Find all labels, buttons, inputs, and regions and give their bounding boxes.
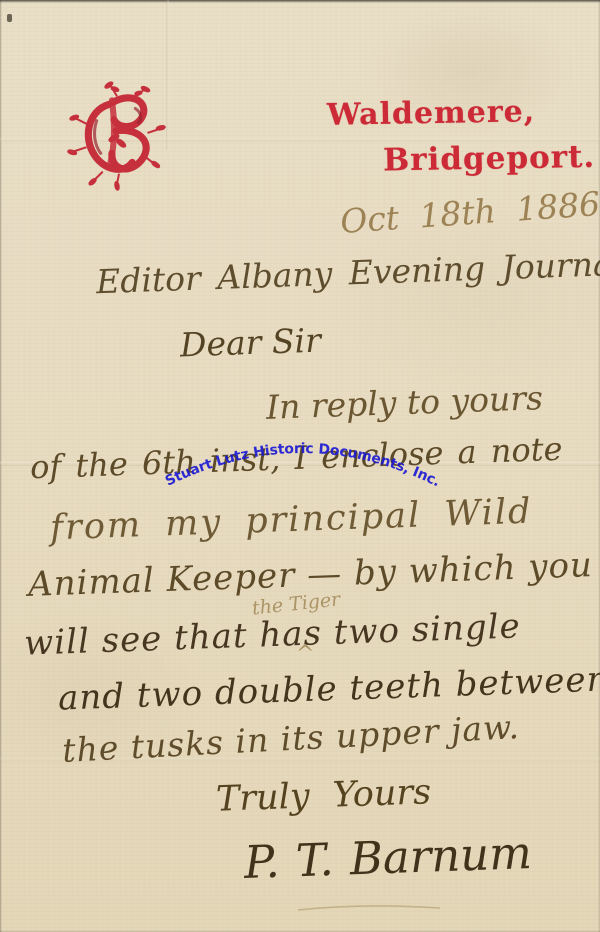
svg-text:Stuart Lutz Historic Documents: Stuart Lutz Historic Documents, Inc. <box>163 441 443 490</box>
signature: P. T. Barnum <box>243 827 532 889</box>
watermark-text: Stuart Lutz Historic Documents, Inc. <box>163 441 443 490</box>
paper-speck <box>7 14 12 22</box>
letter-scan: Waldemere, Bridgeport. Ct.. Oct 18th 188… <box>0 0 600 932</box>
scan-edge-top <box>0 0 600 3</box>
closing-line: Truly Yours <box>215 772 431 820</box>
signature-flourish <box>294 902 444 914</box>
recipient-line: Editor Albany Evening Journal <box>95 245 600 301</box>
monogram-icon <box>66 80 168 194</box>
dealer-watermark: Stuart Lutz Historic Documents, Inc. <box>152 418 452 512</box>
date-line: Oct 18th 1886 <box>339 185 600 241</box>
insertion-caret: ^ <box>296 642 314 667</box>
salutation-line: Dear Sir <box>179 322 321 365</box>
letterhead-place: Waldemere, <box>327 94 536 133</box>
letterhead-city: Bridgeport. Ct.. <box>383 137 600 178</box>
